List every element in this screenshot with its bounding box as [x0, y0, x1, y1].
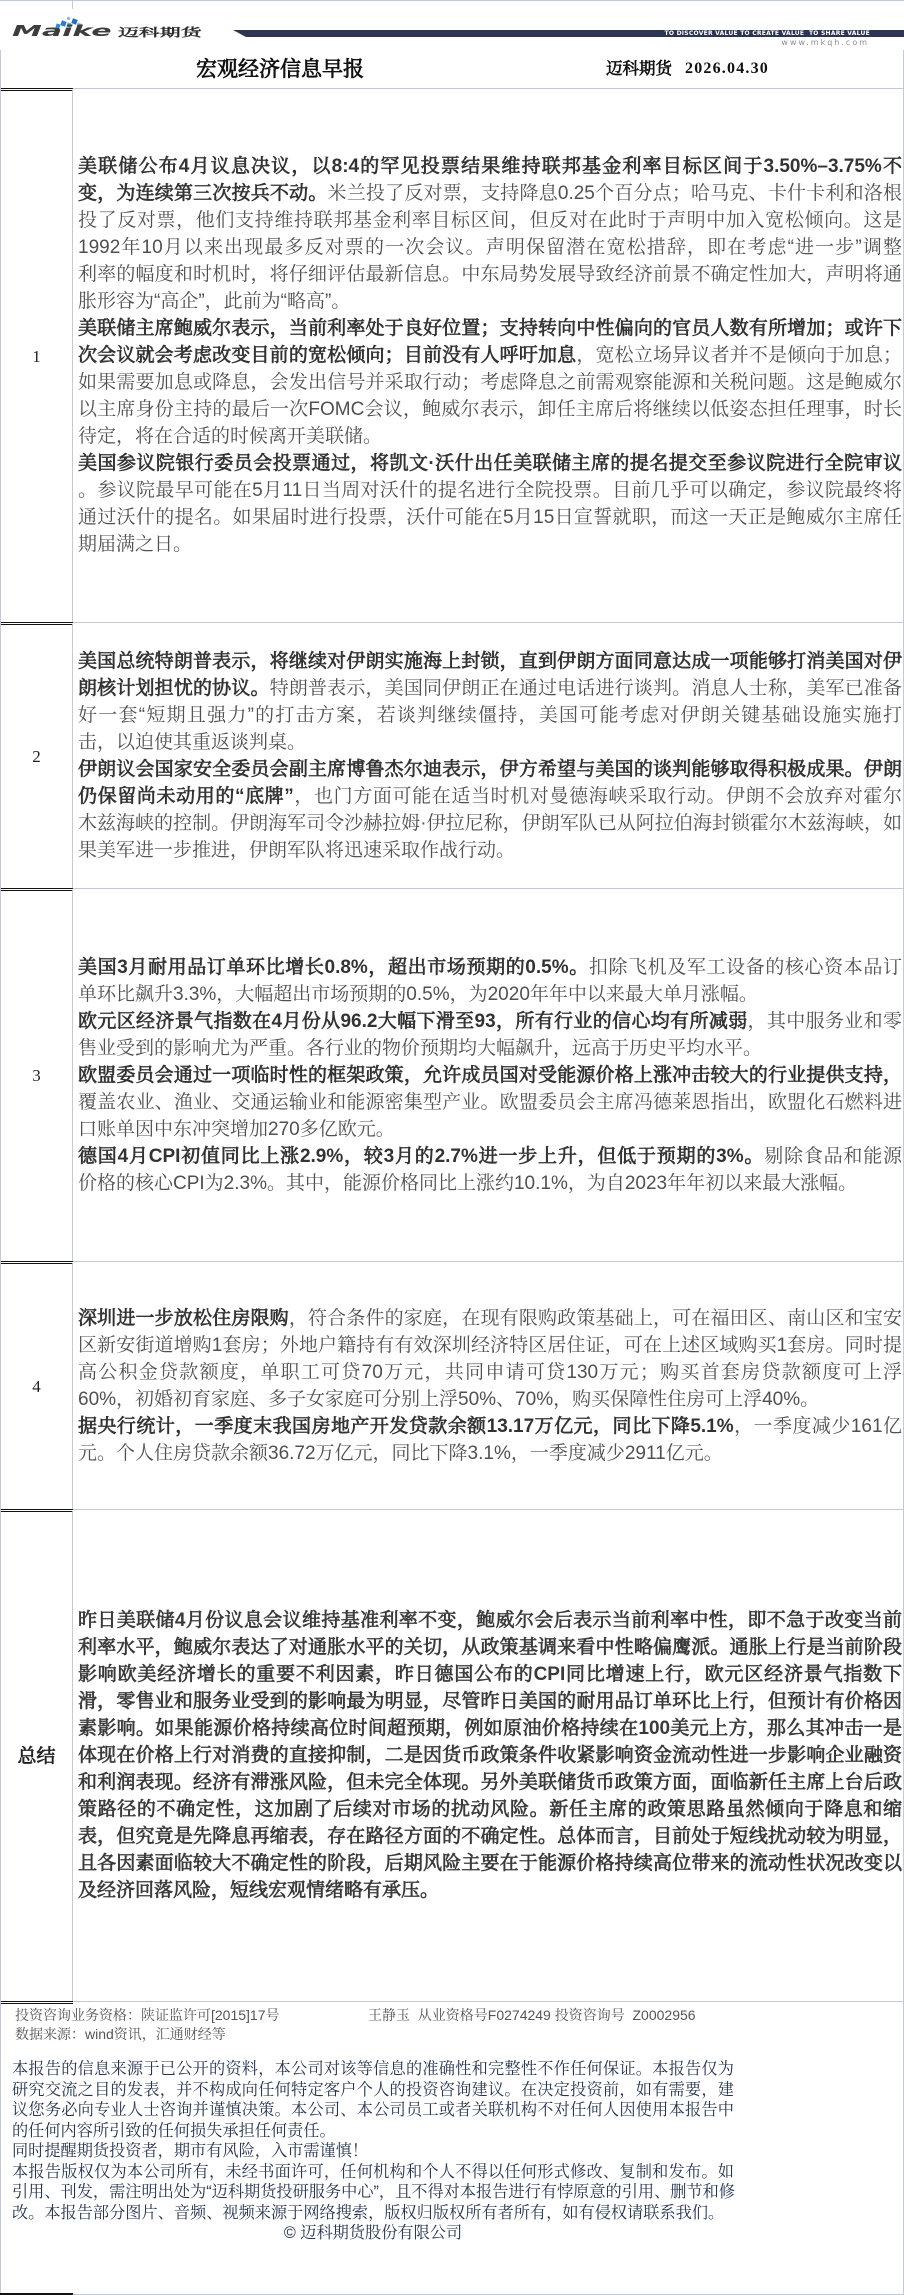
text-line: 变，为连续第三次按兵不动。米兰投了反对票，支持降息0.25个百分点；哈马克、卡什… — [78, 180, 902, 207]
text-line: 深圳进一步放松住房限购，符合条件的家庭，在现有限购政策基础上，可在福田区、南山区… — [78, 1305, 902, 1332]
text-line: 元。个人住房贷款余额36.72万亿元，同比下降3.1%，一季度减少2911亿元。 — [78, 1440, 902, 1467]
body-text: 击，以迫使其重返谈判桌。 — [78, 732, 306, 753]
headline-text: 欧元区经济景气指数在4月份从96.2大幅下滑至93，所有行业的信心均有所减弱 — [78, 1011, 748, 1032]
body-text: 高公积金贷款额度，单职工可贷70万元，共同申请可贷130万元；购买首套房贷款额度… — [78, 1362, 902, 1383]
text-line: 德国4月CPI初值同比上涨2.9%，较3月的2.7%进一步上升，但低于预期的3%… — [78, 1143, 902, 1170]
risk-warning: 同时提醒期货投资者，期市有风险，入市需谨慎！ — [12, 2141, 734, 2162]
qualification-line: 投资咨询业务资格：陕证监许可[2015]17号 王静玉 从业资格号F027424… — [15, 2006, 875, 2025]
section-content: 深圳进一步放松住房限购，符合条件的家庭，在现有限购政策基础上，可在福田区、南山区… — [73, 1261, 903, 1509]
report-footer: 投资咨询业务资格：陕证监许可[2015]17号 王静玉 从业资格号F027424… — [0, 2001, 904, 2295]
headline-text: 德国4月CPI初值同比上涨2.9%，较3月的2.7%进一步上升，但低于预期的3%… — [78, 1146, 764, 1167]
section-row-3: 3 美国3月耐用品订单环比增长0.8%，超出市场预期的0.5%。扣除飞机及军工设… — [0, 888, 904, 1261]
summary-label: 总结 — [17, 1747, 55, 1767]
section-index: 4 — [32, 1377, 41, 1397]
news-paragraph: 据央行统计，一季度末我国房地产开发贷款余额13.17万亿元，同比下降5.1%，一… — [78, 1413, 902, 1467]
text-line: 通过沃什的提名。如果届时进行投票，沃什可能在5月15日宣誓就职，而这一天正是鲍威… — [78, 504, 902, 531]
body-text: 待定，将在合适的时候离开美联储。 — [78, 426, 382, 447]
logo-dot — [67, 17, 71, 21]
headline-text: 美国3月耐用品订单环比增长0.8%，超出市场预期的0.5%。 — [78, 957, 589, 978]
headline-text: 美国参议院银行委员会投票通过，将凯文·沃什出任美联储主席的提名提交至参议院进行全… — [78, 453, 902, 474]
body-text: 口账单因中东冲突增加270多亿欧元。 — [78, 1119, 395, 1140]
headline-text: 及经济回落风险，短线宏观情绪略有承压。 — [78, 1880, 439, 1901]
body-text: 价格的核心CPI为2.3%。其中，能源价格同比上涨约10.1%，为自2023年年… — [78, 1173, 857, 1194]
body-text: 投了反对票，他们支持维持联邦基金利率目标区间，但反对在此时于声明中加入宽松倾向。… — [78, 210, 902, 231]
section-row-4: 4 深圳进一步放松住房限购，符合条件的家庭，在现有限购政策基础上，可在福田区、南… — [0, 1261, 904, 1509]
news-paragraph: 美国3月耐用品订单环比增长0.8%，超出市场预期的0.5%。扣除飞机及军工设备的… — [78, 954, 902, 1008]
body-text: 单环比飙升3.3%，大幅超出市场预期的0.5%，为2020年年中以来最大单月涨幅… — [78, 984, 758, 1005]
license-text: 投资咨询业务资格：陕证监许可[2015]17号 — [15, 2007, 280, 2023]
disclaimer-line: 研究交流之目的发表，并不构成向任何特定客户个人的投资咨询建议。在决定投资前，如有… — [12, 2080, 734, 2101]
section-index: 1 — [32, 347, 41, 367]
news-paragraph: 美联储公布4月议息决议，以8:4的罕见投票结果维持联邦基金利率目标区间于3.50… — [78, 153, 902, 315]
text-line: 表，但究竟是先降息再缩表，存在路径方面的不确定性。总体而言，目前处于短线扰动较为… — [78, 1823, 902, 1850]
body-text: ，符合条件的家庭，在现有限购政策基础上，可在福田区、南山区和宝安 — [289, 1308, 902, 1329]
news-paragraph: 昨日美联储4月份议息会议维持基准利率不变，鲍威尔会后表示当前利率中性，即不急于改… — [78, 1607, 902, 1904]
headline-text: 素影响。如果能源价格持续高位时间超预期，例如原油价格持续在100美元上方，那么其… — [78, 1718, 902, 1739]
headline-text: 伊朗议会国家安全委员会副主席博鲁杰尔迪表示，伊方希望与美国的谈判能够取得积极成果… — [78, 759, 902, 780]
body-text: 利率的幅度和时机时，将仔细评估最新信息。中东局势发展导致经济前景不确定性加大，声… — [78, 264, 902, 285]
report-page: Maike 迈科期货 TO DISCOVER VALUE TO CREATE V… — [0, 0, 904, 2295]
body-text: 木兹海峡的控制。伊朗海军司令沙赫拉姆·伊拉尼称，伊朗军队已从阿拉伯海封锁霍尔木兹… — [78, 813, 902, 834]
body-text: ，其中服务业和零 — [748, 1011, 902, 1032]
copyright-notice-line: 本报告版权仅为本公司所有，未经书面许可，任何机构和个人不得以任何形式修改、复制和… — [12, 2162, 734, 2183]
body-text: 果美军进一步推进，伊朗军队将迅速采取作战行动。 — [78, 840, 515, 861]
section-index-cell: 3 — [1, 888, 73, 1261]
report-header-banner: Maike 迈科期货 TO DISCOVER VALUE TO CREATE V… — [0, 0, 904, 50]
text-line: 木兹海峡的控制。伊朗海军司令沙赫拉姆·伊拉尼称，伊朗军队已从阿拉伯海封锁霍尔木兹… — [78, 810, 902, 837]
text-line: 影响欧美经济增长的重要不利因素，昨日德国公布的CPI同比增速上行，欧元区经济景气… — [78, 1661, 902, 1688]
headline-text: 体现在价格上行对消费的直接抑制，二是因货币政策条件收紧影响资金流动性进一步影响企… — [78, 1745, 902, 1766]
text-line: 体现在价格上行对消费的直接抑制，二是因货币政策条件收紧影响资金流动性进一步影响企… — [78, 1742, 902, 1769]
headline-text: 和利润表现。经济有滞涨风险，但未完全体现。另外美联储货币政策方面，面临新任主席上… — [78, 1772, 902, 1793]
analyst-text: 王静玉 从业资格号F0274249 投资咨询号 Z0002956 — [368, 2006, 696, 2025]
text-line: 。参议院最早可能在5月11日当周对沃什的提名进行全院投票。目前几乎可以确定，参议… — [78, 477, 902, 504]
text-line: 欧元区经济景气指数在4月份从96.2大幅下滑至93，所有行业的信心均有所减弱，其… — [78, 1008, 902, 1035]
title-row: 宏观经济信息早报 迈科期货 2026.04.30 — [0, 50, 904, 88]
text-line: 昨日美联储4月份议息会议维持基准利率不变，鲍威尔会后表示当前利率中性，即不急于改… — [78, 1607, 902, 1634]
headline-text: 仍保留尚未动用的“底牌” — [78, 786, 294, 807]
section-index: 2 — [32, 747, 41, 767]
disclaimer-line: 本报告的信息来源于已公开的资料，本公司对该等信息的准确性和完整性不作任何保证。本… — [12, 2059, 734, 2080]
text-line: 美国参议院银行委员会投票通过，将凯文·沃什出任美联储主席的提名提交至参议院进行全… — [78, 450, 902, 477]
text-line: 美国总统特朗普表示，将继续对伊朗实施海上封锁，直到伊朗方面同意达成一项能够打消美… — [78, 648, 902, 675]
news-paragraph: 伊朗议会国家安全委员会副主席博鲁杰尔迪表示，伊方希望与美国的谈判能够取得积极成果… — [78, 756, 902, 864]
text-line: 售业受到的影响尤为严重。各行业的物价预期均大幅飙升，远高于历史平均水平。 — [78, 1035, 902, 1062]
headline-text: 昨日美联储4月份议息会议维持基准利率不变，鲍威尔会后表示当前利率中性，即不急于改… — [78, 1610, 902, 1631]
headline-text: 深圳进一步放松住房限购 — [78, 1308, 289, 1329]
text-line: 如果需要加息或降息，会发出信号并采取行动；考虑降息之前需观察能源和关税问题。这是… — [78, 369, 902, 396]
text-line: 滑，零售业和服务业受到的影响最为明显，尽管昨日美国的耐用品订单环比上行，但预计有… — [78, 1688, 902, 1715]
text-line: 好一套“短期且强力”的打击方案，若谈判继续僵持，美国可能考虑对伊朗关键基础设施实… — [78, 702, 902, 729]
divider-line — [73, 2001, 903, 2002]
headline-text: 利率水平，鲍威尔表达了对通胀水平的关切，从政策基调来看中性略偏鹰派。通胀上行是当… — [78, 1637, 902, 1658]
body-text: 如果需要加息或降息，会发出信号并采取行动；考虑降息之前需观察能源和关税问题。这是… — [78, 372, 902, 393]
body-text: 覆盖农业、渔业、交通运输业和能源密集型产业。欧盟委员会主席冯德莱恩指出，欧盟化石… — [78, 1092, 902, 1113]
text-line: 以主席身份主持的最后一次FOMC会议，鲍威尔表示，卸任主席后将继续以低姿态担任理… — [78, 396, 902, 423]
text-line: 及经济回落风险，短线宏观情绪略有承压。 — [78, 1877, 902, 1904]
text-line: 价格的核心CPI为2.3%。其中，能源价格同比上涨约10.1%，为自2023年年… — [78, 1170, 902, 1197]
text-line: 朗核计划担忧的协议。特朗普表示，美国同伊朗正在通过电话进行谈判。消息人士称，美军… — [78, 675, 902, 702]
body-text: 。参议院最早可能在5月11日当周对沃什的提名进行全院投票。目前几乎可以确定，参议… — [78, 480, 902, 501]
body-text: 剔除食品和能源 — [764, 1146, 902, 1167]
report-title: 宏观经济信息早报 — [196, 56, 364, 82]
disclaimer: 本报告的信息来源于已公开的资料，本公司对该等信息的准确性和完整性不作任何保证。本… — [12, 2059, 734, 2244]
news-paragraph: 德国4月CPI初值同比上涨2.9%，较3月的2.7%进一步上升，但低于预期的3%… — [78, 1143, 902, 1197]
text-line: 60%，初婚初育家庭、多子女家庭可分别上浮50%、70%，购买保障性住房可上浮4… — [78, 1386, 902, 1413]
copyright-holder: © 迈科期货股份有限公司 — [12, 2223, 734, 2244]
disclaimer-line: 议您务必向专业人士咨询并谨慎决策。本公司、本公司员工或者关联机构不对任何人因使用… — [12, 2100, 734, 2121]
publisher-name: 迈科期货 — [606, 58, 672, 80]
headline-text: 表，但究竟是先降息再缩表，存在路径方面的不确定性。总体而言，目前处于短线扰动较为… — [78, 1826, 902, 1847]
logo-wordmark: Maike — [12, 24, 112, 39]
section-content: 美国总统特朗普表示，将继续对伊朗实施海上封锁，直到伊朗方面同意达成一项能够打消美… — [73, 622, 903, 888]
news-paragraph: 深圳进一步放松住房限购，符合条件的家庭，在现有限购政策基础上，可在福田区、南山区… — [78, 1305, 902, 1413]
data-source-text: 数据来源：wind资讯，汇通财经等 — [15, 2026, 226, 2042]
grid-line-fragment — [72, 1, 73, 9]
text-line: 覆盖农业、渔业、交通运输业和能源密集型产业。欧盟委员会主席冯德莱恩指出，欧盟化石… — [78, 1089, 902, 1116]
text-line: 单环比飙升3.3%，大幅超出市场预期的0.5%，为2020年年中以来最大单月涨幅… — [78, 981, 902, 1008]
news-paragraph: 美国总统特朗普表示，将继续对伊朗实施海上封锁，直到伊朗方面同意达成一项能够打消美… — [78, 648, 902, 756]
body-text: 元。个人住房贷款余额36.72万亿元，同比下降3.1%，一季度减少2911亿元。 — [78, 1443, 723, 1464]
headline-text: 滑，零售业和服务业受到的影响最为明显，尽管昨日美国的耐用品订单环比上行，但预计有… — [78, 1691, 902, 1712]
text-line: 1992年10月以来出现最多反对票的一次会议。声明保留潜在宽松措辞，即在考虑“进… — [78, 234, 902, 261]
data-source-line: 数据来源：wind资讯，汇通财经等 — [15, 2025, 875, 2044]
text-line: 仍保留尚未动用的“底牌”，也门方面可能在适当时机对曼德海峡采取行动。伊朗不会放弃… — [78, 783, 902, 810]
text-line: 美联储主席鲍威尔表示，当前利率处于良好位置；支持转向中性偏向的官员人数有所增加；… — [78, 315, 902, 342]
copyright-notice-line: 改。本报告部分图片、音频、视频来源于网络搜索，版权归版权所有者所有，如有侵权请联… — [12, 2203, 734, 2224]
text-line: 区新安街道增购1套房；外地户籍持有有效深圳经济特区居住证，可在上述区域购买1套房… — [78, 1332, 902, 1359]
headline-text: 影响欧美经济增长的重要不利因素，昨日德国公布的CPI同比增速上行，欧元区经济景气… — [78, 1664, 902, 1685]
text-line: 胀形容为“高企”，此前为“略高”。 — [78, 288, 902, 315]
report-date: 2026.04.30 — [685, 58, 769, 80]
headline-text: 美联储主席鲍威尔表示，当前利率处于良好位置；支持转向中性偏向的官员人数有所增加；… — [78, 318, 902, 339]
headline-text: 欧盟委员会通过一项临时性的框架政策，允许成员国对受能源价格上涨冲击较大的行业提供… — [78, 1065, 902, 1086]
news-paragraph: 美国参议院银行委员会投票通过，将凯文·沃什出任美联储主席的提名提交至参议院进行全… — [78, 450, 902, 558]
text-line: 利率水平，鲍威尔表达了对通胀水平的关切，从政策基调来看中性略偏鹰派。通胀上行是当… — [78, 1634, 902, 1661]
summary-row: 总结 昨日美联储4月份议息会议维持基准利率不变，鲍威尔会后表示当前利率中性，即不… — [0, 1509, 904, 2001]
body-text: ，也门方面可能在适当时机对曼德海峡采取行动。伊朗不会放弃对霍尔 — [294, 786, 902, 807]
headline-text: 变，为连续第三次按兵不动。 — [78, 183, 328, 204]
news-paragraph: 欧盟委员会通过一项临时性的框架政策，允许成员国对受能源价格上涨冲击较大的行业提供… — [78, 1062, 902, 1143]
section-index: 3 — [32, 1066, 41, 1086]
logo-chinese-name: 迈科期货 — [118, 27, 202, 38]
text-line: 据央行统计，一季度末我国房地产开发贷款余额13.17万亿元，同比下降5.1%，一… — [78, 1413, 902, 1440]
text-line: 投了反对票，他们支持维持联邦基金利率目标区间，但反对在此时于声明中加入宽松倾向。… — [78, 207, 902, 234]
headline-text: 朗核计划担忧的协议。 — [78, 678, 270, 699]
section-index-cell: 1 — [1, 88, 73, 622]
text-line: 高公积金贷款额度，单职工可贷70万元，共同申请可贷130万元；购买首套房贷款额度… — [78, 1359, 902, 1386]
website-url: www.mkqh.com — [781, 39, 869, 47]
text-line: 美联储公布4月议息决议，以8:4的罕见投票结果维持联邦基金利率目标区间于3.50… — [78, 153, 902, 180]
text-line: 口账单因中东冲突增加270多亿欧元。 — [78, 1116, 902, 1143]
headline-text: 美国总统特朗普表示，将继续对伊朗实施海上封锁，直到伊朗方面同意达成一项能够打消美… — [78, 651, 902, 672]
body-text: ，一季度减少161亿 — [734, 1416, 902, 1437]
body-text: ，宽松立场异议者并不是倾向于加息； — [576, 345, 902, 366]
headline-text: 据央行统计，一季度末我国房地产开发贷款余额13.17万亿元，同比下降5.1% — [78, 1416, 734, 1437]
body-text: 米兰投了反对票，支持降息0.25个百分点；哈马克、卡什卡利和洛根 — [328, 183, 902, 204]
body-text: 好一套“短期且强力”的打击方案，若谈判继续僵持，美国可能考虑对伊朗关键基础设施实… — [78, 705, 902, 726]
qualification-info: 投资咨询业务资格：陕证监许可[2015]17号 王静玉 从业资格号F027424… — [15, 2006, 875, 2044]
text-line: 击，以迫使其重返谈判桌。 — [78, 729, 902, 756]
body-text: 通过沃什的提名。如果届时进行投票，沃什可能在5月15日宣誓就职，而这一天正是鲍威… — [78, 507, 902, 528]
headline-text: 且各因素面临较大不确定性的阶段，后期风险主要在于能源价格持续高位带来的流动性状况… — [78, 1853, 902, 1874]
body-text: 以主席身份主持的最后一次FOMC会议，鲍威尔表示，卸任主席后将继续以低姿态担任理… — [78, 399, 902, 420]
section-row-2: 2 美国总统特朗普表示，将继续对伊朗实施海上封锁，直到伊朗方面同意达成一项能够打… — [0, 622, 904, 888]
disclaimer-line: 的任何内容所引致的任何损失承担任何责任。 — [12, 2121, 734, 2142]
news-paragraph: 美联储主席鲍威尔表示，当前利率处于良好位置；支持转向中性偏向的官员人数有所增加；… — [78, 315, 902, 450]
headline-text: 策路径的不确定性，这加剧了后续对市场的扰动风险。新任主席的政策思路虽然倾向于降息… — [78, 1799, 902, 1820]
divider-line — [1, 2001, 73, 2004]
body-text: 期届满之日。 — [78, 534, 192, 555]
body-text: 特朗普表示，美国同伊朗正在通过电话进行谈判。消息人士称，美军已准备 — [270, 678, 902, 699]
text-line: 素影响。如果能源价格持续高位时间超预期，例如原油价格持续在100美元上方，那么其… — [78, 1715, 902, 1742]
summary-label-cell: 总结 — [1, 1509, 73, 2001]
text-line: 待定，将在合适的时候离开美联储。 — [78, 423, 902, 450]
body-text: 胀形容为“高企”，此前为“略高”。 — [78, 291, 350, 312]
body-text: 1992年10月以来出现最多反对票的一次会议。声明保留潜在宽松措辞，即在考虑“进… — [78, 237, 902, 258]
section-content: 美国3月耐用品订单环比增长0.8%，超出市场预期的0.5%。扣除飞机及军工设备的… — [73, 888, 903, 1261]
headline-text: 次会议就会考虑改变目前的宽松倾向；目前没有人呼吁加息 — [78, 345, 576, 366]
section-index-cell: 4 — [1, 1261, 73, 1509]
body-text: 售业受到的影响尤为严重。各行业的物价预期均大幅飙升，远高于历史平均水平。 — [78, 1038, 762, 1059]
news-paragraph: 欧元区经济景气指数在4月份从96.2大幅下滑至93，所有行业的信心均有所减弱，其… — [78, 1008, 902, 1062]
text-line: 次会议就会考虑改变目前的宽松倾向；目前没有人呼吁加息，宽松立场异议者并不是倾向于… — [78, 342, 902, 369]
section-row-1: 1 美联储公布4月议息决议，以8:4的罕见投票结果维持联邦基金利率目标区间于3.… — [0, 88, 904, 622]
text-line: 和利润表现。经济有滞涨风险，但未完全体现。另外美联储货币政策方面，面临新任主席上… — [78, 1769, 902, 1796]
headline-text: 美联储公布4月议息决议，以8:4的罕见投票结果维持联邦基金利率目标区间于3.50… — [78, 156, 902, 177]
section-content: 美联储公布4月议息决议，以8:4的罕见投票结果维持联邦基金利率目标区间于3.50… — [73, 88, 903, 622]
text-line: 美国3月耐用品订单环比增长0.8%，超出市场预期的0.5%。扣除飞机及军工设备的… — [78, 954, 902, 981]
body-text: 60%，初婚初育家庭、多子女家庭可分别上浮50%、70%，购买保障性住房可上浮4… — [78, 1389, 819, 1410]
text-line: 期届满之日。 — [78, 531, 902, 558]
text-line: 欧盟委员会通过一项临时性的框架政策，允许成员国对受能源价格上涨冲击较大的行业提供… — [78, 1062, 902, 1089]
text-line: 策路径的不确定性，这加剧了后续对市场的扰动风险。新任主席的政策思路虽然倾向于降息… — [78, 1796, 902, 1823]
summary-content: 昨日美联储4月份议息会议维持基准利率不变，鲍威尔会后表示当前利率中性，即不急于改… — [73, 1509, 903, 2001]
text-line: 伊朗议会国家安全委员会副主席博鲁杰尔迪表示，伊方希望与美国的谈判能够取得积极成果… — [78, 756, 902, 783]
slogan-text: TO DISCOVER VALUE TO CREATE VALUE TO SHA… — [665, 30, 870, 37]
copyright-notice-line: 引用、刊发，需注明出处为“迈科期货投研服务中心”，且不得对本报告进行有悖原意的引… — [12, 2182, 734, 2203]
section-index-cell: 2 — [1, 622, 73, 888]
text-line: 且各因素面临较大不确定性的阶段，后期风险主要在于能源价格持续高位带来的流动性状况… — [78, 1850, 902, 1877]
text-line: 利率的幅度和时机时，将仔细评估最新信息。中东局势发展导致经济前景不确定性加大，声… — [78, 261, 902, 288]
body-text: 区新安街道增购1套房；外地户籍持有有效深圳经济特区居住证，可在上述区域购买1套房… — [78, 1335, 902, 1356]
body-text: 扣除飞机及军工设备的核心资本品订 — [589, 957, 902, 978]
text-line: 果美军进一步推进，伊朗军队将迅速采取作战行动。 — [78, 837, 902, 864]
